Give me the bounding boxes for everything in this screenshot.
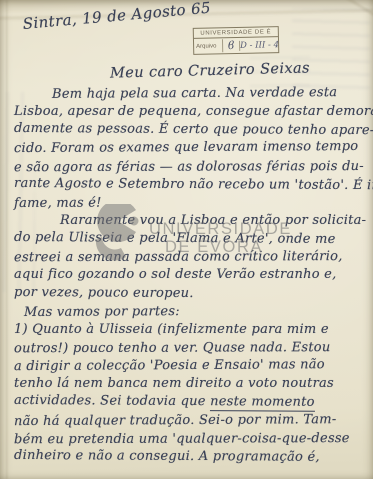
archive-stamp: UNIVERSIDADE DE É Arquivo ϐ D - III - 4 — [193, 26, 280, 55]
letter-line: por vezes, pouco europeu. — [14, 284, 370, 304]
paper-crease-corner — [287, 0, 373, 27]
letter-line: Lisboa, apesar de pequena, consegue afas… — [14, 104, 370, 122]
letter-line: Bem haja pela sua carta. Na verdade esta — [14, 85, 370, 105]
letter-line: não há qualquer tradução. Sei-o por mim.… — [14, 411, 370, 431]
letter-line: bém eu pretendia uma 'qualquer-coisa-que… — [14, 431, 370, 450]
paper-edge-shadow — [6, 0, 9, 479]
letter-page: Sintra, 19 de Agosto 65 UNIVERSIDADE DE … — [0, 0, 373, 479]
archive-stamp-row: Arquivo ϐ D - III - 4 — [194, 37, 278, 54]
letter-line-underlined: actividades. Sei todavia que neste momen… — [14, 393, 370, 413]
letter-line: rante Agosto e Setembro não recebo um 't… — [14, 176, 370, 196]
letter-line: Mas vamos por partes: — [14, 303, 370, 323]
letter-line: cido. Foram os exames que levaram imenso… — [14, 139, 370, 159]
letter-line: 1) Quanto à Ulisseia (infelizmente para … — [14, 322, 370, 340]
archive-stamp-reference: D - III - 4 — [239, 40, 278, 51]
archive-stamp-field-label: Arquivo — [194, 43, 222, 50]
salutation: Meu caro Cruzeiro Seixas — [110, 60, 310, 81]
ink-bleedthrough-right — [292, 8, 370, 92]
letter-line: Raramente vou a Lisboa e então por solic… — [14, 213, 370, 231]
dateline: Sintra, 19 de Agosto 65 — [22, 0, 212, 33]
letter-line: tenho lá nem banca nem direito a voto no… — [14, 376, 370, 394]
letter-line: e são agora as férias — as dolorosas fér… — [14, 159, 370, 178]
letter-line: a dirigir a colecção 'Poesia e Ensaio' m… — [14, 357, 370, 377]
letter-line: do pela Ulisseia e pela 'Flama e Arte', … — [14, 230, 370, 250]
letter-body: Bem haja pela sua carta. Na verdade esta… — [14, 86, 370, 467]
letter-line: fame, mas é! — [14, 194, 370, 214]
letter-line: aqui fico gozando o sol deste Verão estr… — [14, 267, 370, 285]
underlined-phrase: neste momento — [210, 395, 315, 412]
letter-line: dinheiro e não a consegui. A programação… — [14, 448, 370, 468]
letter-line: estreei a semana passada como crítico li… — [14, 249, 370, 268]
letter-line-underlined-pre: actividades. Sei todavia que — [14, 393, 210, 409]
archive-stamp-handwritten-mark: ϐ — [222, 39, 239, 52]
